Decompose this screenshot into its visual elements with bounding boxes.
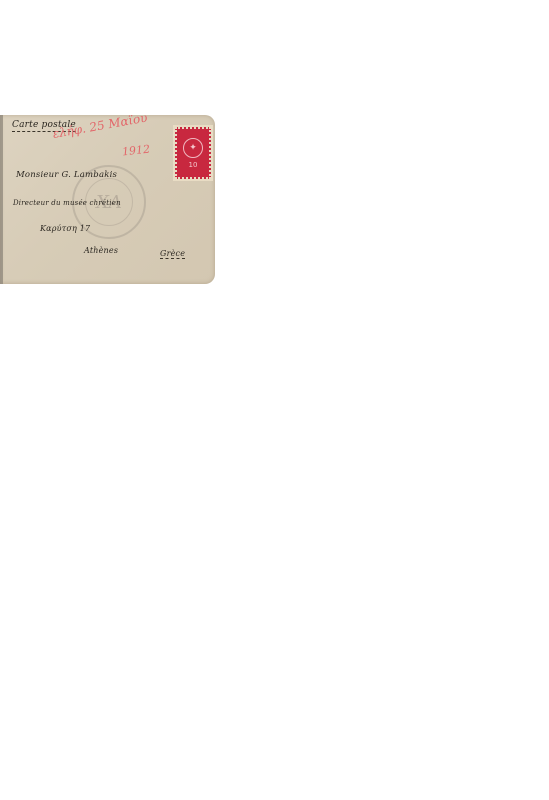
card-edge-shadow — [0, 115, 3, 284]
red-annotation-year: 1912 — [121, 143, 150, 159]
red-annotation-date: ελήφ. 25 Μαΐου — [52, 115, 149, 141]
address-line-recipient: Monsieur G. Lambakis — [16, 170, 117, 180]
stamp-value: 10 — [189, 161, 198, 169]
postage-stamp: ✦ 10 — [173, 125, 213, 181]
address-line-city: Athènes — [84, 246, 118, 255]
address-line-title: Directeur du musée chrétien — [13, 199, 121, 207]
postcard: Carte postale ελήφ. 25 Μαΐου 1912 ΧΑ ✦ 1… — [0, 115, 215, 284]
stamp-face: ✦ 10 — [175, 127, 211, 179]
stamp-emblem-icon: ✦ — [183, 138, 203, 158]
address-line-street: Καρύτση 17 — [40, 224, 90, 233]
address-line-country: Grèce — [160, 249, 185, 259]
